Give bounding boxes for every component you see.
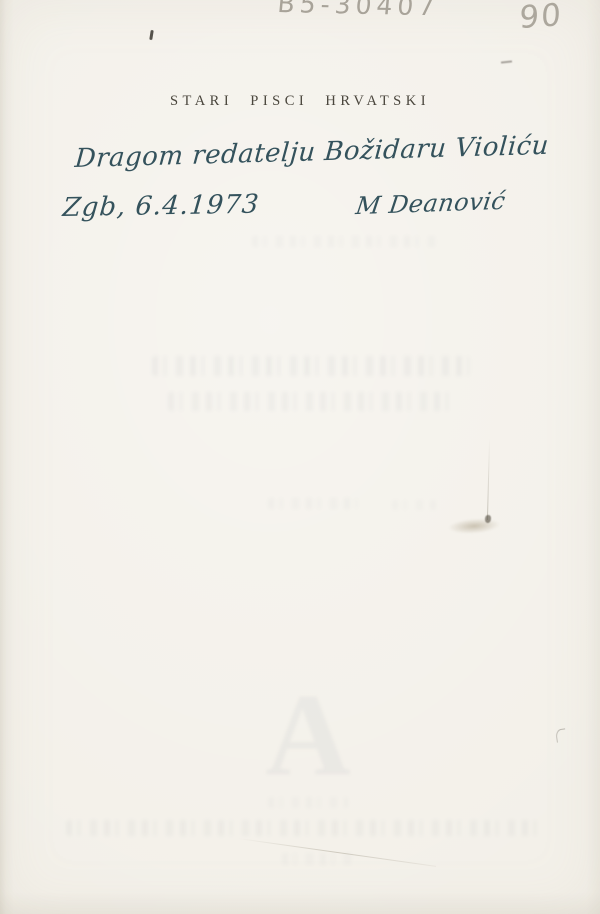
bleedthrough-band xyxy=(252,236,442,247)
bleedthrough-band xyxy=(268,498,358,509)
bleedthrough-band xyxy=(268,797,348,808)
bleedthrough-band xyxy=(392,500,438,510)
stray-squiggle-mark xyxy=(555,728,567,742)
bleedthrough-emblem: A xyxy=(238,660,378,810)
bleedthrough-band xyxy=(282,853,358,865)
scanned-book-page: B5-30407 90 STARI PISCI HRVATSKI Dragom … xyxy=(0,0,600,914)
pencil-corner-number: 90 xyxy=(519,0,564,36)
series-title: STARI PISCI HRVATSKI xyxy=(0,93,600,110)
stray-ink-mark xyxy=(149,30,154,40)
paper-scratch xyxy=(487,438,490,520)
stray-pencil-dash xyxy=(501,60,512,63)
dedication-signature: M Deanović xyxy=(354,187,507,220)
pencil-accession-number: B5-30407 xyxy=(276,0,440,21)
dedication-place-date: Zgb, 6.4.1973 xyxy=(61,190,260,223)
bleedthrough-band xyxy=(168,392,458,411)
paper-smudge xyxy=(447,514,506,536)
bleedthrough-band xyxy=(152,356,470,376)
bleedthrough-band xyxy=(66,820,538,836)
dedication-line: Dragom redatelju Božidaru Violiću xyxy=(74,131,550,174)
